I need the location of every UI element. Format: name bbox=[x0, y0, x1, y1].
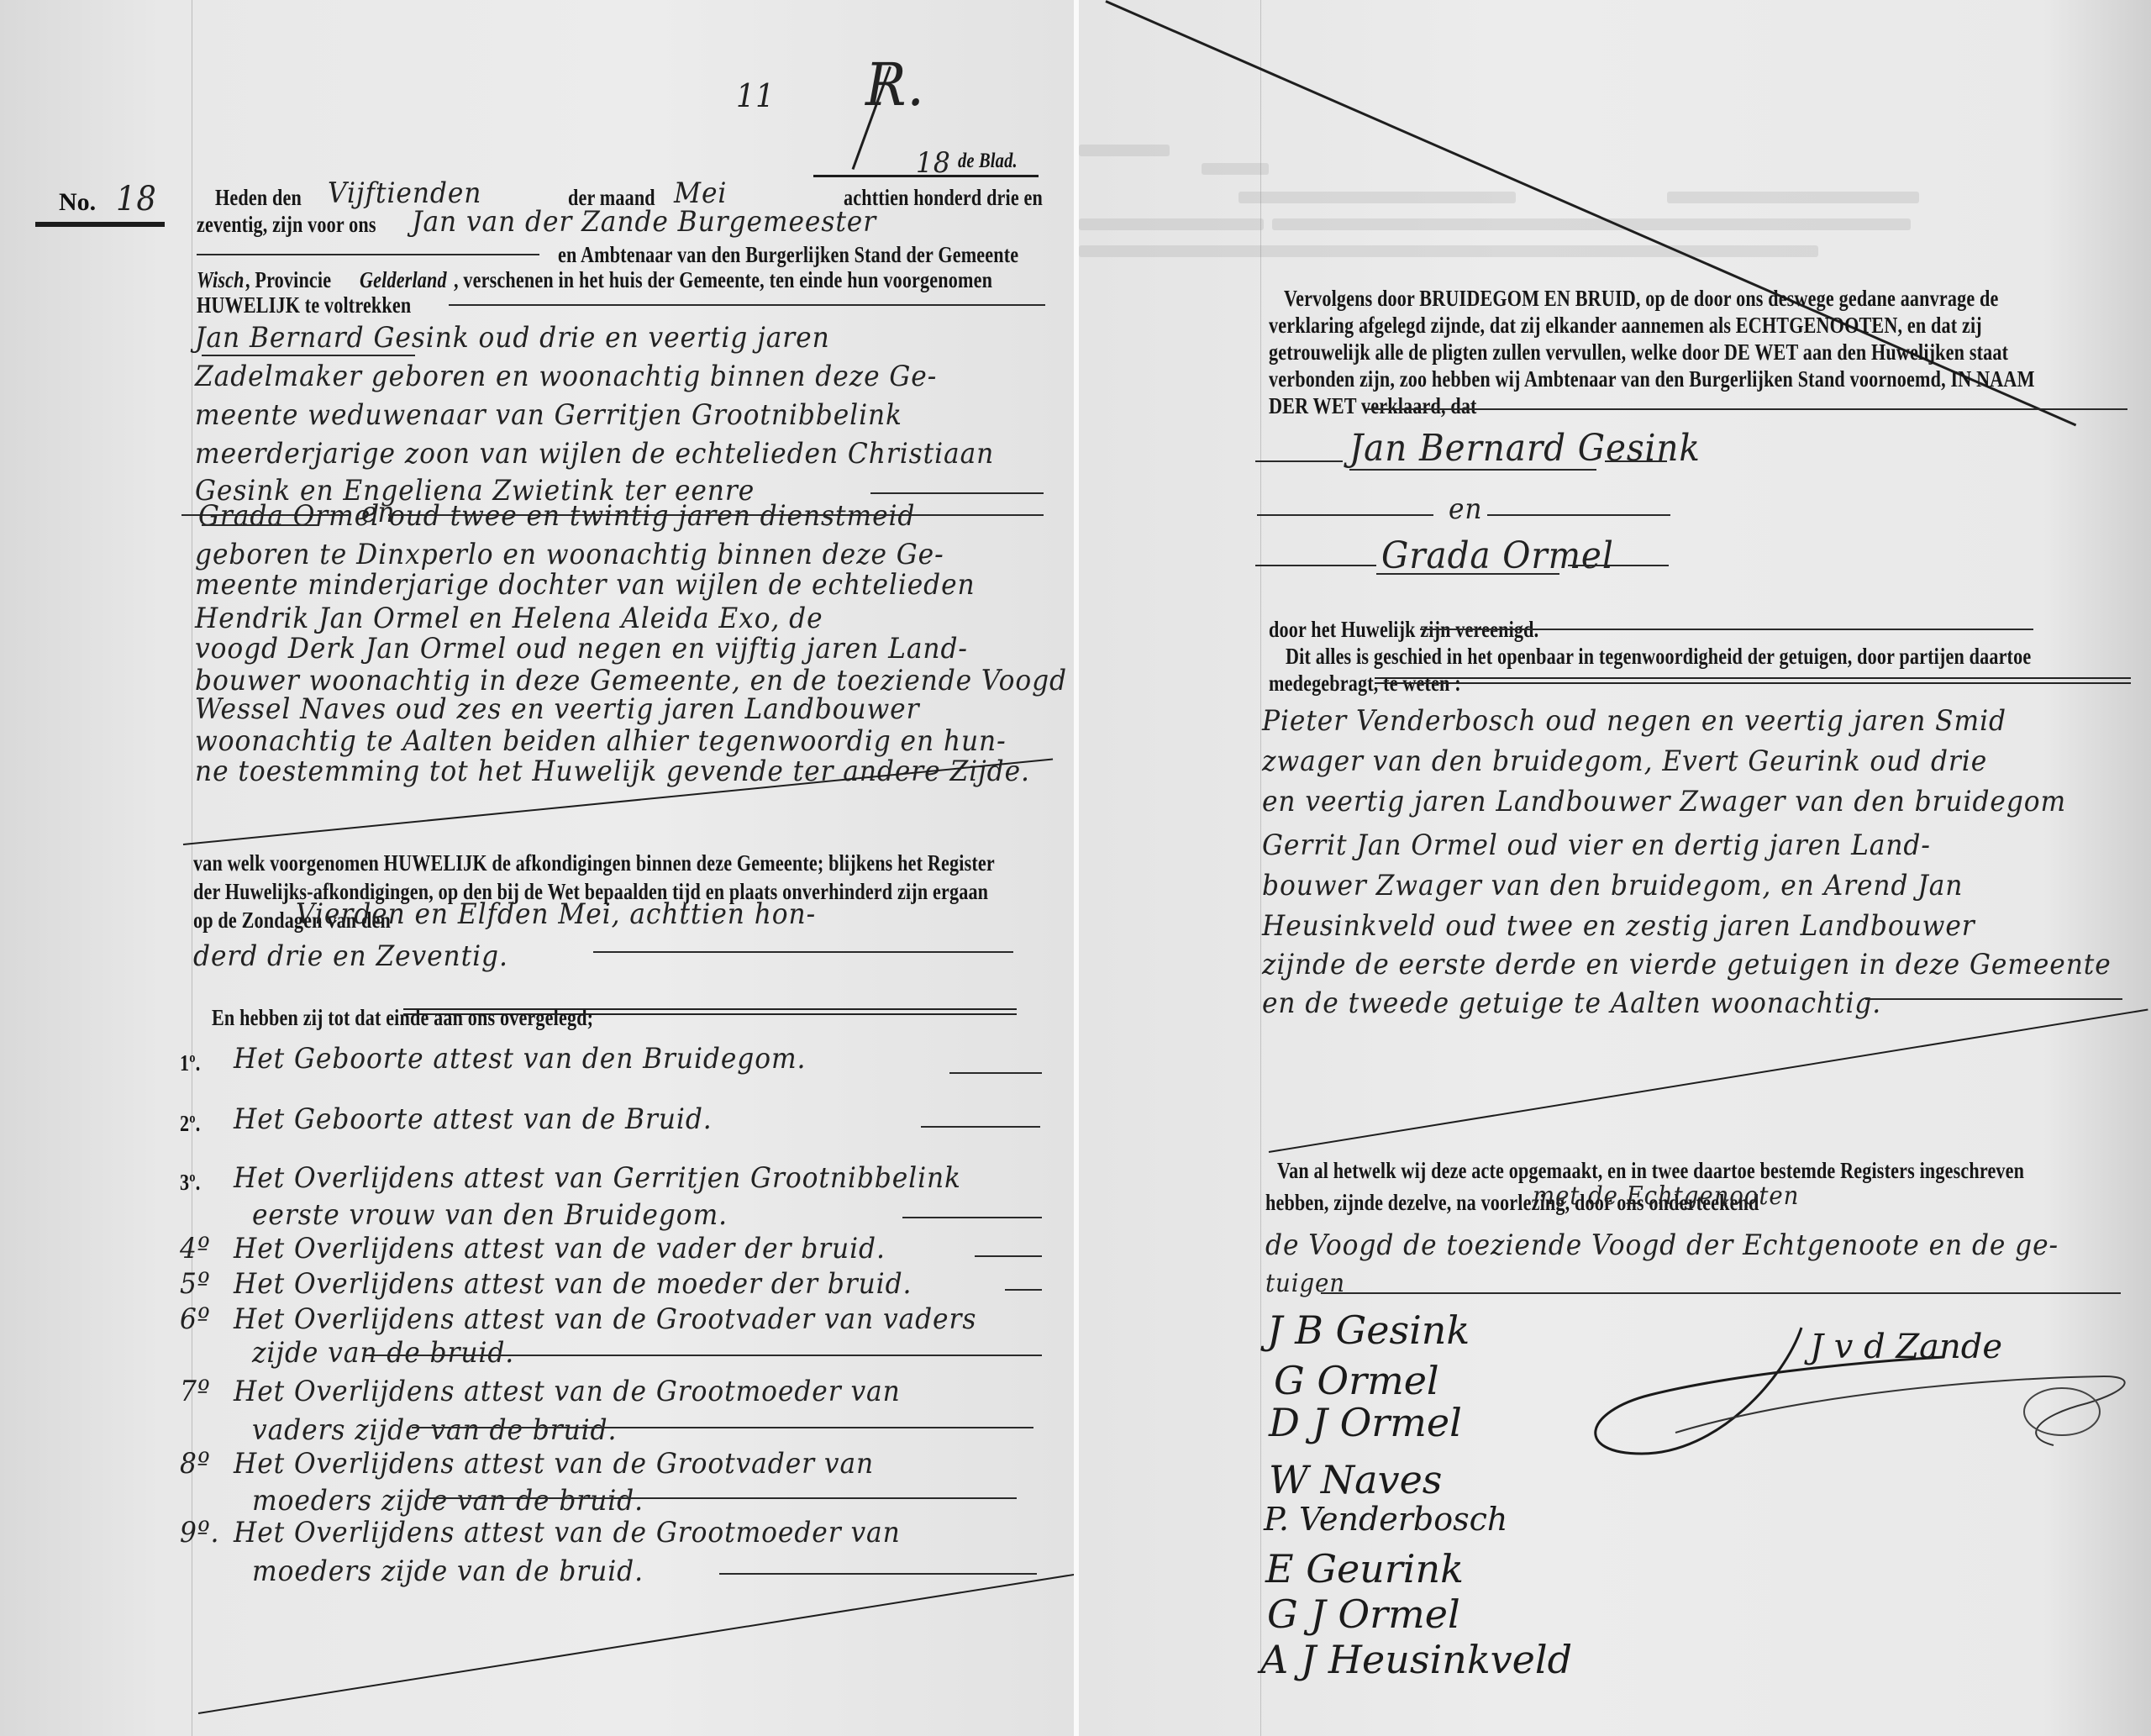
declaration-line: verbonden zijn, zoo hebben wij Ambtenaar… bbox=[1269, 366, 2035, 392]
bride-line: geboren te Dinxperlo en woonachtig binne… bbox=[195, 538, 944, 571]
proclamation-dates: derd drie en Zeventig. bbox=[193, 939, 508, 973]
fill-rule bbox=[1568, 565, 1669, 566]
margin-line bbox=[1260, 0, 1261, 1736]
fill-rule bbox=[1255, 460, 1343, 462]
place-wisch: Wisch bbox=[197, 267, 245, 293]
preamble-heden: Heden den bbox=[215, 185, 302, 211]
witness-intro: Dit alles is geschied in het openbaar in… bbox=[1286, 644, 2031, 670]
doc-line: Het Geboorte attest van den Bruidegom. bbox=[234, 1042, 806, 1076]
signature: A J Heusinkveld bbox=[1260, 1637, 1572, 1682]
signature: G J Ormel bbox=[1267, 1591, 1460, 1637]
doc-line: Het Overlijdens attest van de Grootmoede… bbox=[234, 1516, 901, 1549]
closing-line: Van al hetwelk wij deze acte opgemaakt, … bbox=[1277, 1158, 2024, 1184]
groom-line: Zadelmaker geboren en woonachtig binnen … bbox=[195, 360, 937, 393]
fill-rule bbox=[1420, 629, 2033, 630]
register-mark: 11 bbox=[736, 77, 775, 114]
blad-label: de Blad. bbox=[958, 150, 1018, 173]
fill-rule bbox=[921, 1126, 1040, 1128]
doc-line: Het Overlijdens attest van Gerritjen Gro… bbox=[234, 1161, 961, 1195]
witness-line: bouwer Zwager van den bruidegom, en Aren… bbox=[1262, 869, 1963, 902]
proclamation-line: van welk voorgenomen HUWELIJK de afkondi… bbox=[193, 850, 995, 876]
bride-line: Grada Ormel oud twee en twintig jaren di… bbox=[198, 499, 915, 533]
proclamation-dates: Vierden en Elfden Mei, achttien hon- bbox=[296, 897, 816, 931]
header-rule bbox=[813, 175, 1039, 177]
doc-line: vaders zijde van de bruid. bbox=[252, 1413, 617, 1447]
fill-rule bbox=[363, 1355, 1042, 1356]
fill-rule bbox=[412, 1427, 1033, 1428]
left-page: 11 R. 18 de Blad. No. 18 Heden den Vijft… bbox=[0, 0, 1074, 1736]
bride-name: Grada Ormel bbox=[1381, 534, 1614, 577]
witness-line: en de tweede getuige te Aalten woonachti… bbox=[1262, 986, 1881, 1020]
fill-rule bbox=[1257, 514, 1433, 516]
act-number: 18 bbox=[116, 180, 157, 218]
signature: D J Ormel bbox=[1269, 1400, 1462, 1445]
bride-line: voogd Derk Jan Ormel oud negen en vijfti… bbox=[195, 632, 968, 665]
name-underline bbox=[202, 524, 319, 526]
doc-number: 9º. bbox=[180, 1516, 219, 1549]
bleed-through bbox=[1239, 192, 1516, 203]
witness-line: en veertig jaren Landbouwer Zwager van d… bbox=[1262, 785, 2066, 818]
signature: G Ormel bbox=[1274, 1358, 1439, 1403]
fill-rule bbox=[870, 492, 1044, 494]
fill-rule bbox=[902, 1217, 1042, 1218]
doc-number: 6º bbox=[180, 1302, 210, 1336]
closing-hand: de Voogd de toeziende Voogd der Echtgeno… bbox=[1265, 1228, 2059, 1262]
fill-rule bbox=[197, 254, 539, 255]
witness-line: Heusinkveld oud twee en zestig jaren Lan… bbox=[1262, 909, 1975, 943]
groom-name: Jan Bernard Gesink bbox=[1349, 427, 1701, 470]
fill-rule bbox=[1255, 565, 1376, 566]
fill-rule bbox=[1605, 460, 1667, 462]
fill-rule bbox=[1365, 408, 2127, 410]
declaration-line: DER WET verklaard, dat bbox=[1269, 393, 1477, 419]
fill-rule bbox=[1865, 998, 2122, 1000]
groom-line: Jan Bernard Gesink oud drie en veertig j… bbox=[195, 321, 830, 355]
signature: J B Gesink bbox=[1267, 1307, 1470, 1353]
fill-rule bbox=[975, 1255, 1042, 1257]
preamble-huwelijk: HUWELIJK te voltrekken bbox=[197, 292, 411, 318]
fill-rule bbox=[719, 1573, 1037, 1575]
doc-number: 8º bbox=[180, 1447, 210, 1481]
doc-number: 3º. bbox=[180, 1170, 200, 1196]
fill-rule bbox=[1005, 1289, 1042, 1291]
bride-line: meente minderjarige dochter van wijlen d… bbox=[195, 568, 976, 602]
fill-rule bbox=[429, 1497, 1017, 1499]
bleed-through bbox=[1667, 192, 1919, 203]
preamble-verschenen: , verschenen in het huis der Gemeente, t… bbox=[454, 267, 992, 293]
doc-line: Het Overlijdens attest van de Grootmoede… bbox=[234, 1375, 901, 1408]
doc-line: zijde van de bruid. bbox=[252, 1336, 514, 1370]
doc-line: Het Overlijdens attest van de Grootvader… bbox=[234, 1302, 976, 1336]
preamble-ambtenaar: en Ambtenaar van den Burgerlijken Stand … bbox=[558, 242, 1018, 268]
bride-line: Wessel Naves oud zes en veertig jaren La… bbox=[195, 692, 919, 726]
bleed-through bbox=[1079, 145, 1170, 156]
province-gelderland: Gelderland bbox=[360, 267, 447, 293]
witness-line: zwager van den bruidegom, Evert Geurink … bbox=[1262, 744, 1987, 778]
act-number-rule bbox=[35, 222, 165, 227]
fill-rule bbox=[449, 304, 1045, 306]
closing-hand: met de Echtgenooten bbox=[1533, 1181, 1799, 1211]
double-rule bbox=[1375, 677, 2131, 679]
official-field: Jan van der Zande Burgemeester bbox=[412, 205, 876, 239]
bleed-through bbox=[1079, 218, 1264, 230]
doc-number: 4º bbox=[180, 1232, 210, 1265]
fill-rule bbox=[1487, 514, 1670, 516]
witness-intro: medegebragt, te weten : bbox=[1269, 671, 1461, 697]
witness-line: zijnde de eerste derde en vierde getuige… bbox=[1262, 948, 2112, 981]
declaration-line: getrouwelijk alle de pligten zullen verv… bbox=[1269, 339, 2008, 366]
name-underline bbox=[202, 355, 415, 356]
fill-rule bbox=[593, 951, 1013, 953]
bride-line: ne toestemming tot het Huwelijk gevende … bbox=[195, 755, 1030, 788]
double-rule bbox=[403, 1008, 1017, 1010]
preamble-provincie: , Provincie bbox=[245, 267, 331, 293]
fill-rule bbox=[949, 1072, 1042, 1074]
groom-line: meerderjarige zoon van wijlen de echteli… bbox=[195, 437, 994, 471]
preamble-zeventig: zeventig, zijn voor ons bbox=[197, 212, 376, 238]
doc-number: 5º bbox=[180, 1267, 210, 1301]
name-underline bbox=[1349, 469, 1596, 471]
bride-line: Hendrik Jan Ormel en Helena Aleida Exo, … bbox=[195, 602, 823, 635]
witness-line: Pieter Venderbosch oud negen en veertig … bbox=[1262, 704, 2006, 738]
declaration-line: verklaring afgelegd zijnde, dat zij elka… bbox=[1269, 313, 1982, 339]
doc-line: moeders zijde van de bruid. bbox=[252, 1484, 644, 1518]
signature: E Geurink bbox=[1265, 1546, 1464, 1591]
signature: W Naves bbox=[1269, 1457, 1442, 1502]
doc-line: Het Geboorte attest van de Bruid. bbox=[234, 1102, 713, 1136]
doc-number: 7º bbox=[180, 1375, 210, 1408]
doc-line: Het Overlijdens attest van de vader der … bbox=[234, 1232, 886, 1265]
declaration-line: Vervolgens door BRUIDEGOM EN BRUID, op d… bbox=[1284, 286, 1999, 312]
cancel-stroke bbox=[1269, 1009, 2148, 1153]
right-page: Vervolgens door BRUIDEGOM EN BRUID, op d… bbox=[1079, 0, 2151, 1736]
doc-number: 2º. bbox=[180, 1111, 200, 1137]
cancel-stroke bbox=[198, 1572, 1074, 1714]
name-underline bbox=[1376, 573, 1559, 575]
signature: P. Venderbosch bbox=[1264, 1501, 1507, 1538]
fill-rule bbox=[1321, 1292, 2121, 1294]
doc-line: eerste vrouw van den Bruidegom. bbox=[252, 1198, 728, 1232]
signature-flourish bbox=[1549, 1311, 2138, 1496]
bleed-through bbox=[1202, 163, 1269, 175]
doc-number: 1º. bbox=[180, 1050, 200, 1076]
bleed-through bbox=[1272, 218, 1911, 230]
act-number-label: No. bbox=[59, 188, 96, 217]
en-separator: en bbox=[1449, 492, 1483, 526]
doc-line: Het Overlijdens attest van de Grootvader… bbox=[234, 1447, 874, 1481]
bride-line: woonachtig te Aalten beiden alhier tegen… bbox=[195, 724, 1007, 758]
doc-line: Het Overlijdens attest van de moeder der… bbox=[234, 1267, 912, 1301]
doc-line: moeders zijde van de bruid. bbox=[252, 1555, 644, 1588]
witness-line: Gerrit Jan Ormel oud vier en dertig jare… bbox=[1262, 829, 1931, 862]
bleed-through bbox=[1079, 245, 1818, 257]
groom-line: meente weduwenaar van Gerritjen Grootnib… bbox=[195, 398, 902, 432]
